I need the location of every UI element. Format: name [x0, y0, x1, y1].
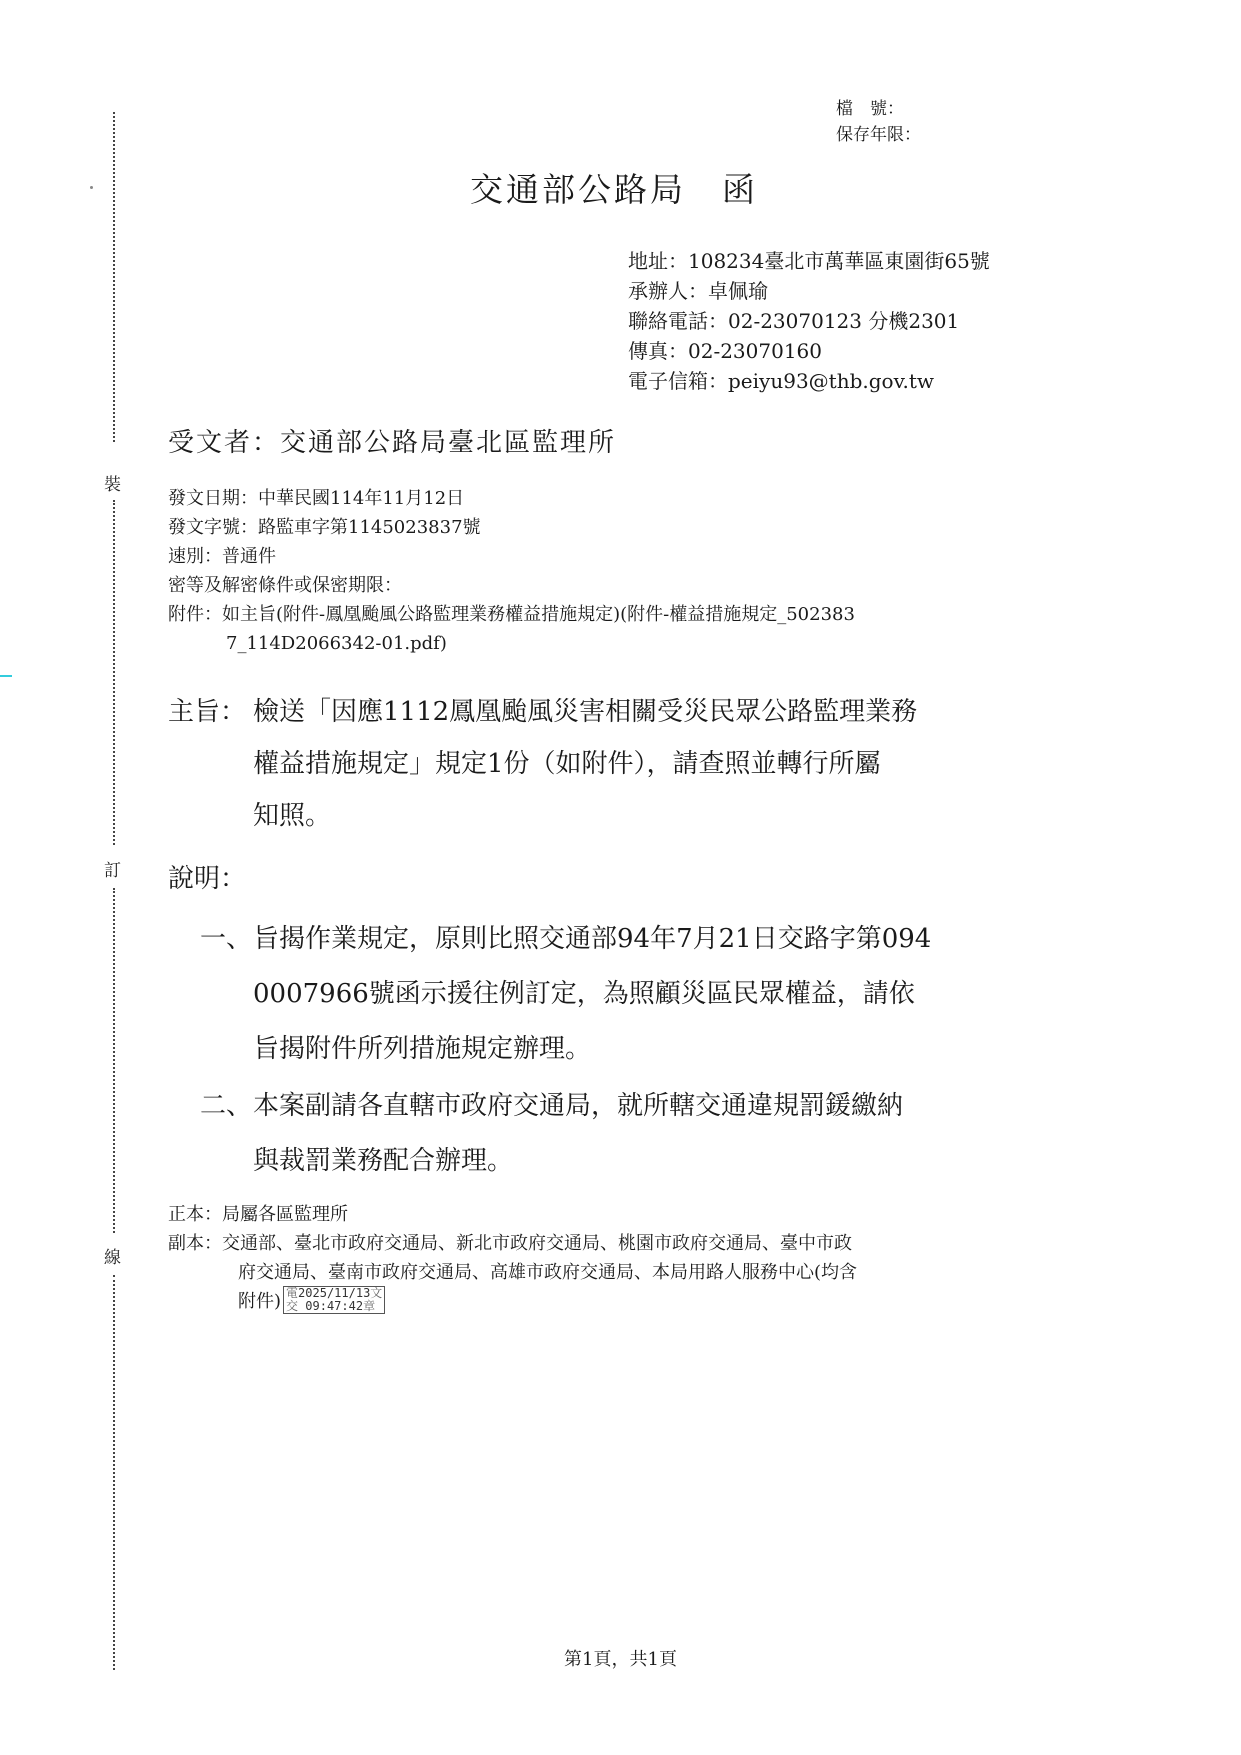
binding-dotted-line [113, 500, 115, 845]
subject-line: 知照。 [253, 790, 1108, 842]
binding-mark-ding: 訂 [104, 856, 121, 881]
binding-dotted-line [113, 112, 115, 442]
stamp-seal-char: 電 [286, 1286, 298, 1300]
file-info: 檔 號： 保存年限： [836, 96, 921, 148]
contact-block: 地址：108234臺北市萬華區東園街65號 承辦人：卓佩瑜 聯絡電話：02-23… [628, 246, 990, 396]
fax: 傳真：02-23070160 [628, 336, 990, 366]
item-line: 旨揭附件所列措施規定辦理。 [253, 1022, 1100, 1077]
document-title: 交通部公路局函 [470, 164, 758, 211]
recipient: 受文者：交通部公路局臺北區監理所 [168, 422, 616, 459]
address: 地址：108234臺北市萬華區東園街65號 [628, 246, 990, 276]
stamp-seal-char: 章 [363, 1299, 375, 1313]
copy-recipients-continued: 府交通局、臺南市政府交通局、高雄市政府交通局、本局用路人服務中心(均含 [168, 1258, 1098, 1287]
binding-mark-zhuang: 裝 [104, 470, 121, 495]
file-number-label: 檔 號： [836, 96, 921, 122]
scan-artifact [0, 675, 12, 677]
handler: 承辦人：卓佩瑜 [628, 276, 990, 306]
original-recipients: 正本：局屬各區監理所 [168, 1200, 1098, 1229]
item-line: 0007966號函示援往例訂定，為照顧災區民眾權益，請依 [253, 967, 1100, 1022]
subject-label: 主旨： [168, 686, 246, 738]
explanation-item: 一、 旨揭作業規定，原則比照交通部94年7月21日交路字第094 0007966… [200, 912, 1100, 1077]
subject: 主旨： 檢送「因應1112鳳凰颱風災害相關受災民眾公路監理業務 權益措施規定」規… [168, 686, 1108, 842]
document-number: 發文字號：路監車字第1145023837號 [168, 513, 1098, 542]
page-number: 第1頁，共1頁 [0, 1645, 1241, 1671]
delivery-speed: 速別：普通件 [168, 542, 1098, 571]
phone: 聯絡電話：02-23070123 分機2301 [628, 306, 990, 336]
agency-name: 交通部公路局 [470, 170, 686, 209]
explanation-item: 二、 本案副請各直轄市政府交通局，就所轄交通違規罰鍰繳納 與裁罰業務配合辦理。 [200, 1079, 1100, 1189]
explanation: 一、 旨揭作業規定，原則比照交通部94年7月21日交路字第094 0007966… [200, 912, 1100, 1191]
stamp-seal-char: 文 [370, 1286, 382, 1300]
item-line: 旨揭作業規定，原則比照交通部94年7月21日交路字第094 [253, 912, 1100, 967]
subject-line: 檢送「因應1112鳳凰颱風災害相關受災民眾公路監理業務 [253, 686, 1108, 738]
document-meta: 發文日期：中華民國114年11月12日 發文字號：路監車字第1145023837… [168, 484, 1098, 658]
binding-dotted-line [113, 1275, 115, 1670]
copy-recipients-tail: 附件) [238, 1291, 281, 1312]
attachment-continued: 7_114D2066342-01.pdf) [168, 629, 1098, 658]
copy-recipients-end: 附件)電2025/11/13文交 09:47:42章 [168, 1287, 1098, 1316]
stamp-time: 09:47:42 [305, 1299, 363, 1313]
confidentiality: 密等及解密條件或保密期限： [168, 571, 1098, 600]
retention-period-label: 保存年限： [836, 122, 921, 148]
stamp-seal-char: 交 [286, 1299, 298, 1313]
explanation-label: 說明： [168, 858, 246, 895]
binding-mark-xian: 線 [104, 1243, 121, 1268]
binding-dotted-line [113, 888, 115, 1233]
scan-dot [90, 186, 93, 189]
stamp-date: 2025/11/13 [298, 1286, 370, 1300]
distribution: 正本：局屬各區監理所 副本：交通部、臺北市政府交通局、新北市政府交通局、桃園市政… [168, 1200, 1098, 1316]
document-type: 函 [722, 170, 758, 209]
email: 電子信箱：peiyu93@thb.gov.tw [628, 366, 990, 396]
item-number: 一、 [200, 912, 252, 967]
attachment: 附件：如主旨(附件-鳳凰颱風公路監理業務權益措施規定)(附件-權益措施規定_50… [168, 600, 1098, 629]
subject-line: 權益措施規定」規定1份（如附件），請查照並轉行所屬 [253, 738, 1108, 790]
copy-recipients: 副本：交通部、臺北市政府交通局、新北市政府交通局、桃園市政府交通局、臺中市政 [168, 1229, 1098, 1258]
subject-body: 檢送「因應1112鳳凰颱風災害相關受災民眾公路監理業務 權益措施規定」規定1份（… [253, 686, 1108, 842]
electronic-exchange-stamp: 電2025/11/13文交 09:47:42章 [283, 1286, 385, 1314]
item-line: 與裁罰業務配合辦理。 [253, 1134, 1100, 1189]
item-line: 本案副請各直轄市政府交通局，就所轄交通違規罰鍰繳納 [253, 1079, 1100, 1134]
item-number: 二、 [200, 1079, 252, 1134]
issue-date: 發文日期：中華民國114年11月12日 [168, 484, 1098, 513]
